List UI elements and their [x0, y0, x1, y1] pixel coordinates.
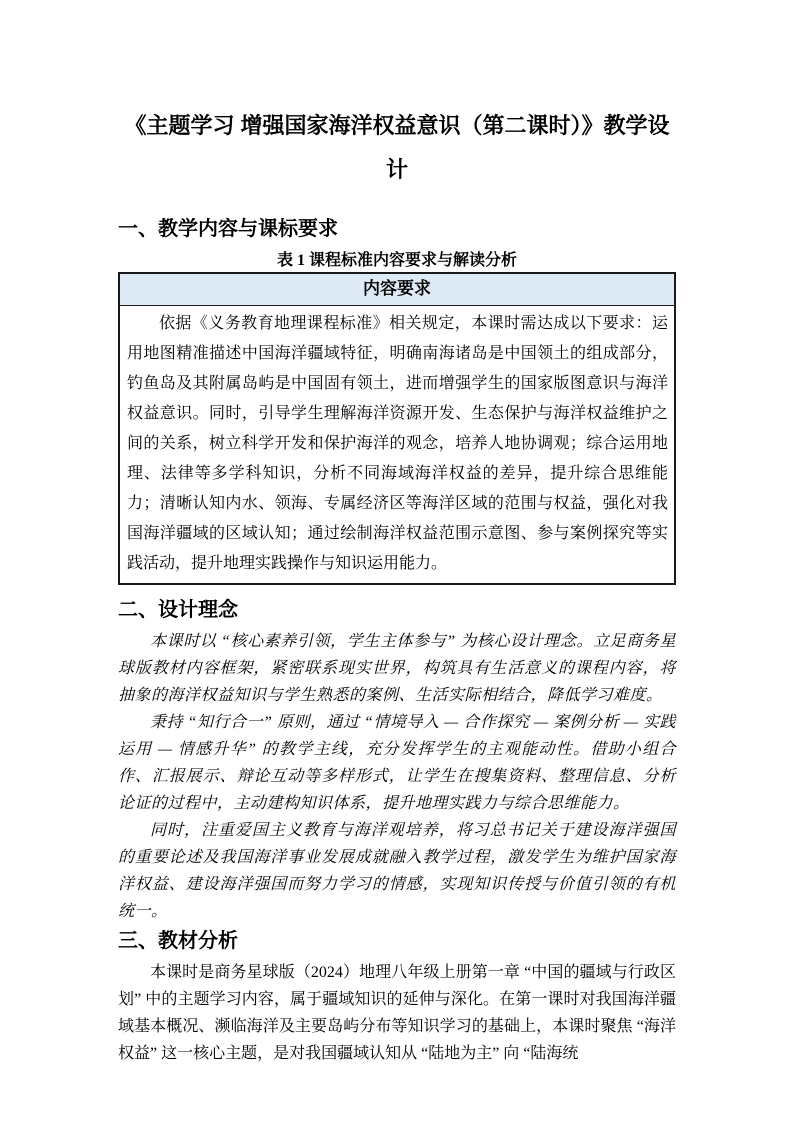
- design-concept-paragraphs: 本课时以 “核心素养引领，学生主体参与” 为核心设计理念。立足商务星球版教材内容…: [118, 628, 676, 925]
- document-title: 《主题学习 增强国家海洋权益意识（第二课时）》教学设计: [118, 104, 676, 192]
- design-concept-paragraph-3: 同时，注重爱国主义教育与海洋观培养，将习总书记关于建设海洋强国的重要论述及我国海…: [118, 817, 676, 925]
- textbook-analysis-paragraphs: 本课时是商务星球版（2024）地理八年级上册第一章 “中国的疆域与行政区划” 中…: [118, 959, 676, 1067]
- section-heading-3: 三、教材分析: [118, 929, 676, 953]
- table-header-cell: 内容要求: [119, 273, 675, 306]
- content-table-head: 内容要求: [119, 273, 675, 306]
- content-table: 内容要求 依据《义务教育地理课程标准》相关规定，本课时需达成以下要求：运用地图精…: [118, 272, 676, 585]
- design-concept-paragraph-1: 本课时以 “核心素养引领，学生主体参与” 为核心设计理念。立足商务星球版教材内容…: [118, 628, 676, 709]
- content-table-body: 依据《义务教育地理课程标准》相关规定，本课时需达成以下要求：运用地图精准描述中国…: [119, 306, 675, 585]
- document-page: 《主题学习 增强国家海洋权益意识（第二课时）》教学设计 一、教学内容与课标要求 …: [0, 0, 794, 1123]
- design-concept-paragraph-2: 秉持 “知行合一” 原则，通过 “情境导入 — 合作探究 — 案例分析 — 实践…: [118, 709, 676, 817]
- table-body-row: 依据《义务教育地理课程标准》相关规定，本课时需达成以下要求：运用地图精准描述中国…: [119, 306, 675, 585]
- textbook-analysis-paragraph-1: 本课时是商务星球版（2024）地理八年级上册第一章 “中国的疆域与行政区划” 中…: [118, 959, 676, 1067]
- table-header-row: 内容要求: [119, 273, 675, 306]
- section-heading-1: 一、教学内容与课标要求: [118, 217, 676, 241]
- table-caption: 表 1 课程标准内容要求与解读分析: [118, 252, 676, 270]
- table-body-cell: 依据《义务教育地理课程标准》相关规定，本课时需达成以下要求：运用地图精准描述中国…: [119, 306, 675, 585]
- section-heading-2: 二、设计理念: [118, 598, 676, 622]
